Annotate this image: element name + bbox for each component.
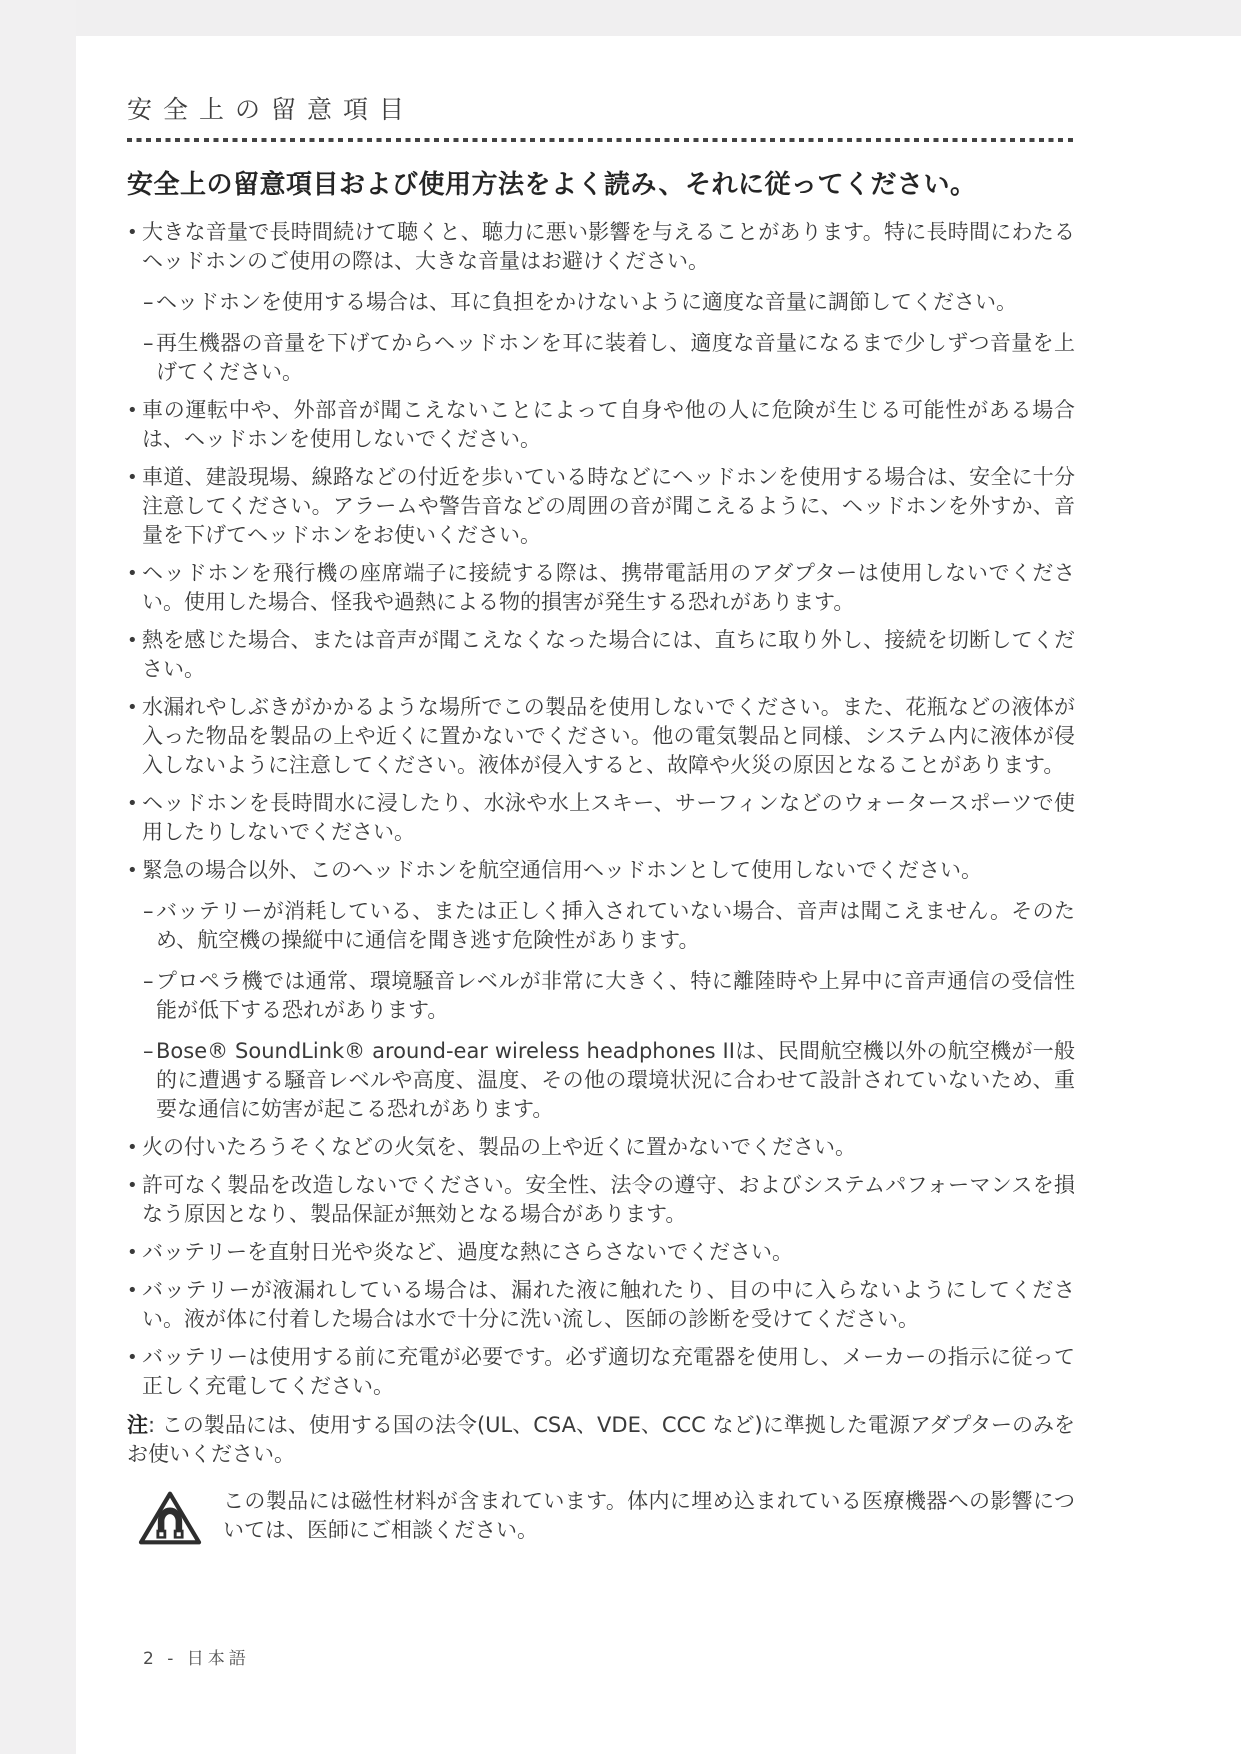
safety-item-text: バッテリーは使用する前に充電が必要です。必ず適切な充電器を使用し、メーカーの指示… <box>142 1345 1075 1398</box>
document-page: 安全上の留意項目 安全上の留意項目および使用方法をよく読み、それに従ってください… <box>127 90 1075 1551</box>
safety-item: •緊急の場合以外、このヘッドホンを航空通信用ヘッドホンとして使用しないでください… <box>127 856 1075 885</box>
safety-item-text: 再生機器の音量を下げてからヘッドホンを耳に装着し、適度な音量になるまで少しずつ音… <box>156 331 1075 384</box>
note-text: : この製品には、使用する国の法令(UL、CSA、VDE、CCC など)に準拠し… <box>127 1413 1075 1466</box>
dash-icon: – <box>143 288 154 317</box>
bullet-icon: • <box>127 559 138 588</box>
safety-subitem: –再生機器の音量を下げてからヘッドホンを耳に装着し、適度な音量になるまで少しずつ… <box>143 329 1075 387</box>
safety-item-text: 熱を感じた場合、または音声が聞こえなくなった場合には、直ちに取り外し、接続を切断… <box>142 628 1075 681</box>
dash-icon: – <box>143 967 154 996</box>
bullet-icon: • <box>127 463 138 492</box>
dash-icon: – <box>143 897 154 926</box>
safety-item-text: バッテリーを直射日光や炎など、過度な熱にさらさないでください。 <box>142 1240 793 1264</box>
bullet-icon: • <box>127 626 138 655</box>
safety-item: •火の付いたろうそくなどの火気を、製品の上や近くに置かないでください。 <box>127 1133 1075 1162</box>
safety-subitem: –バッテリーが消耗している、または正しく挿入されていない場合、音声は聞こえません… <box>143 897 1075 955</box>
safety-item: •バッテリーを直射日光や炎など、過度な熱にさらさないでください。 <box>127 1238 1075 1267</box>
safety-item-text: 緊急の場合以外、このヘッドホンを航空通信用ヘッドホンとして使用しないでください。 <box>142 858 982 882</box>
page-title: 安全上の留意項目および使用方法をよく読み、それに従ってください。 <box>127 168 1075 202</box>
safety-item-text: ヘッドホンを飛行機の座席端子に接続する際は、携帯電話用のアダプターは使用しないで… <box>142 561 1075 614</box>
safety-item-text: 水漏れやしぶきがかかるような場所でこの製品を使用しないでください。また、花瓶など… <box>142 695 1075 777</box>
dash-icon: – <box>143 1037 154 1066</box>
section-header: 安全上の留意項目 <box>127 90 1075 126</box>
bullet-icon: • <box>127 218 138 247</box>
safety-subitem: –Bose® SoundLink® around-ear wireless he… <box>143 1037 1075 1124</box>
page-top-margin <box>0 0 1241 36</box>
note-label: 注 <box>127 1413 148 1437</box>
page-left-margin <box>0 0 76 1754</box>
safety-item: •熱を感じた場合、または音声が聞こえなくなった場合には、直ちに取り外し、接続を切… <box>127 626 1075 684</box>
bullet-icon: • <box>127 1276 138 1305</box>
safety-item-text: Bose® SoundLink® around-ear wireless hea… <box>156 1039 1075 1121</box>
safety-item-text: プロペラ機では通常、環境騒音レベルが非常に大きく、特に離陸時や上昇中に音声通信の… <box>156 969 1075 1022</box>
safety-item-text: 火の付いたろうそくなどの火気を、製品の上や近くに置かないでください。 <box>142 1135 856 1159</box>
bullet-icon: • <box>127 1343 138 1372</box>
page-footer: 2 - 日本語 <box>143 1644 250 1669</box>
safety-item-text: バッテリーが液漏れしている場合は、漏れた液に触れたり、目の中に入らないようにして… <box>142 1278 1075 1331</box>
safety-item: •ヘッドホンを長時間水に浸したり、水泳や水上スキー、サーフィンなどのウォータース… <box>127 789 1075 847</box>
safety-item-text: 車の運転中や、外部音が聞こえないことによって自身や他の人に危険が生じる可能性があ… <box>142 398 1075 451</box>
safety-item-text: 車道、建設現場、線路などの付近を歩いている時などにヘッドホンを使用する場合は、安… <box>142 465 1075 547</box>
safety-item: •許可なく製品を改造しないでください。安全性、法令の遵守、およびシステムパフォー… <box>127 1171 1075 1229</box>
safety-subitem: –ヘッドホンを使用する場合は、耳に負担をかけないように適度な音量に調節してくださ… <box>143 288 1075 317</box>
safety-item-text: ヘッドホンを使用する場合は、耳に負担をかけないように適度な音量に調節してください… <box>156 290 1017 314</box>
safety-item: •車の運転中や、外部音が聞こえないことによって自身や他の人に危険が生じる可能性が… <box>127 396 1075 454</box>
safety-item-text: バッテリーが消耗している、または正しく挿入されていない場合、音声は聞こえません。… <box>156 899 1075 952</box>
safety-item-text: 大きな音量で長時間続けて聴くと、聴力に悪い影響を与えることがあります。特に長時間… <box>142 220 1075 273</box>
dotted-divider <box>127 138 1075 142</box>
bullet-icon: • <box>127 1171 138 1200</box>
safety-item: •ヘッドホンを飛行機の座席端子に接続する際は、携帯電話用のアダプターは使用しない… <box>127 559 1075 617</box>
bullet-icon: • <box>127 1238 138 1267</box>
safety-item-text: ヘッドホンを長時間水に浸したり、水泳や水上スキー、サーフィンなどのウォータースポ… <box>142 791 1075 844</box>
safety-item: •大きな音量で長時間続けて聴くと、聴力に悪い影響を与えることがあります。特に長時… <box>127 218 1075 276</box>
safety-item-text: 許可なく製品を改造しないでください。安全性、法令の遵守、およびシステムパフォーマ… <box>142 1173 1075 1226</box>
power-adapter-note: 注: この製品には、使用する国の法令(UL、CSA、VDE、CCC など)に準拠… <box>127 1411 1075 1469</box>
bullet-icon: • <box>127 789 138 818</box>
bullet-icon: • <box>127 856 138 885</box>
magnet-warning: この製品には磁性材料が含まれています。体内に埋め込まれている医療機器への影響につ… <box>127 1487 1075 1551</box>
magnet-warning-text: この製品には磁性材料が含まれています。体内に埋め込まれている医療機器への影響につ… <box>223 1487 1075 1545</box>
bullet-icon: • <box>127 693 138 722</box>
safety-item: •車道、建設現場、線路などの付近を歩いている時などにヘッドホンを使用する場合は、… <box>127 463 1075 550</box>
safety-subitem: –プロペラ機では通常、環境騒音レベルが非常に大きく、特に離陸時や上昇中に音声通信… <box>143 967 1075 1025</box>
safety-item: •バッテリーが液漏れしている場合は、漏れた液に触れたり、目の中に入らないようにし… <box>127 1276 1075 1334</box>
bullet-icon: • <box>127 396 138 425</box>
safety-item: •バッテリーは使用する前に充電が必要です。必ず適切な充電器を使用し、メーカーの指… <box>127 1343 1075 1401</box>
bullet-icon: • <box>127 1133 138 1162</box>
magnet-warning-icon <box>137 1489 203 1551</box>
dash-icon: – <box>143 329 154 358</box>
safety-item: •水漏れやしぶきがかかるような場所でこの製品を使用しないでください。また、花瓶な… <box>127 693 1075 780</box>
